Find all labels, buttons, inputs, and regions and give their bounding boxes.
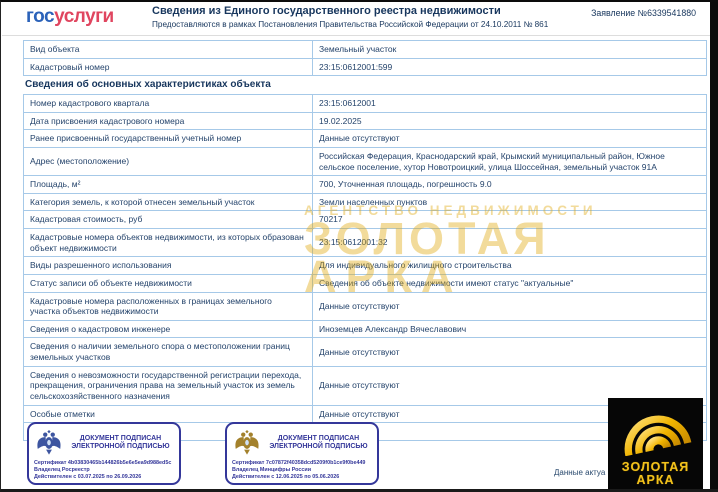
stamp-details: Сертификат 7c07872f40358dcd5209f0b1ce9f0… xyxy=(232,460,372,481)
row-value: 23:15:0612001 xyxy=(312,95,706,112)
table-row: Площадь, м²700, Уточненная площадь, погр… xyxy=(24,176,706,194)
gosuslugi-logo: госуслуги xyxy=(26,6,114,28)
row-label: Площадь, м² xyxy=(24,176,312,193)
title-block: Сведения из Единого государственного рее… xyxy=(152,5,567,29)
table-row: Адрес (местоположение)Российская Федерац… xyxy=(24,148,706,176)
row-label: Виды разрешенного использования xyxy=(24,257,312,274)
row-label: Категория земель, к которой отнесен земе… xyxy=(24,194,312,211)
table-row: Дата присвоения кадастрового номера19.02… xyxy=(24,113,706,131)
characteristics-table: Номер кадастрового квартала23:15:0612001… xyxy=(23,94,707,441)
stamp-top: ДОКУМЕНТ ПОДПИСАН ЭЛЕКТРОННОЙ ПОДПИСЬЮ xyxy=(232,428,372,458)
row-value: Земли населенных пунктов xyxy=(312,194,706,211)
row-label: Кадастровый номер xyxy=(24,59,312,76)
row-value: 700, Уточненная площадь, погрешность 9.0 xyxy=(312,176,706,193)
stamp-owner: Владелец Росреестр xyxy=(34,467,174,474)
footer-note: Данные актуа xyxy=(554,468,605,477)
row-label: Особые отметки xyxy=(24,406,312,423)
document-page: госуслуги Сведения из Единого государств… xyxy=(0,0,718,492)
table-row: Сведения о наличии земельного спора о ме… xyxy=(24,338,706,366)
row-label: Номер кадастрового квартала xyxy=(24,95,312,112)
stamp-top: ДОКУМЕНТ ПОДПИСАН ЭЛЕКТРОННОЙ ПОДПИСЬЮ xyxy=(34,428,174,458)
header: госуслуги Сведения из Единого государств… xyxy=(2,2,710,36)
row-label: Ранее присвоенный государственный учетны… xyxy=(24,130,312,147)
table-row: Ранее присвоенный государственный учетны… xyxy=(24,130,706,148)
row-value: Для индивидуального жилищного строительс… xyxy=(312,257,706,274)
row-label: Вид объекта xyxy=(24,41,312,58)
row-value: Земельный участок xyxy=(312,41,706,58)
table-row: Кадастровый номер23:15:0612001:599 xyxy=(24,59,706,77)
table-row: Номер кадастрового квартала23:15:0612001 xyxy=(24,95,706,113)
row-label: Дата присвоения кадастрового номера xyxy=(24,113,312,130)
section-title: Сведения об основных характеристиках объ… xyxy=(25,79,271,90)
stamp-validity: Действителен с 03.07.2025 по 26.09.2026 xyxy=(34,474,174,481)
table-row: Особые отметкиДанные отсутствуют xyxy=(24,406,706,424)
row-label: Сведения о наличии земельного спора о ме… xyxy=(24,338,312,365)
signature-stamp: ДОКУМЕНТ ПОДПИСАН ЭЛЕКТРОННОЙ ПОДПИСЬЮ С… xyxy=(225,422,379,485)
arch-logo-word2: АРКА xyxy=(608,474,703,487)
row-value: Данные отсутствуют xyxy=(312,130,706,147)
table-row: Категория земель, к которой отнесен земе… xyxy=(24,194,706,212)
row-label: Адрес (местоположение) xyxy=(24,148,312,175)
logo-part2: услуги xyxy=(54,6,114,27)
stamp-certificate: Сертификат 7c07872f40358dcd5209f0b1ce9f0… xyxy=(232,460,372,467)
stamp-title: ДОКУМЕНТ ПОДПИСАН ЭЛЕКТРОННОЙ ПОДПИСЬЮ xyxy=(265,435,372,452)
table-row: Сведения о кадастровом инженереИноземцев… xyxy=(24,321,706,339)
stamp-certificate: Сертификат 4b03830465b144826b5e6e5ea9d98… xyxy=(34,460,174,467)
table-row: Виды разрешенного использованияДля индив… xyxy=(24,257,706,275)
screenshot-right-edge xyxy=(710,2,718,489)
row-label: Сведения о кадастровом инженере xyxy=(24,321,312,338)
signature-stamp: ДОКУМЕНТ ПОДПИСАН ЭЛЕКТРОННОЙ ПОДПИСЬЮ С… xyxy=(27,422,181,485)
golden-arch-logo: ЗОЛОТАЯ АРКА xyxy=(608,398,703,492)
row-label: Статус записи об объекте недвижимости xyxy=(24,275,312,292)
object-table: Вид объектаЗемельный участокКадастровый … xyxy=(23,40,707,76)
stamp-validity: Действителен с 12.06.2025 по 05.06.2026 xyxy=(232,474,372,481)
eagle-emblem-icon xyxy=(34,428,64,458)
row-value: Данные отсутствуют xyxy=(312,293,706,320)
document-subtitle: Предоставляются в рамках Постановления П… xyxy=(152,20,567,29)
table-row: Сведения о невозможности государственной… xyxy=(24,367,706,406)
table-row: Вид объектаЗемельный участок xyxy=(24,41,706,59)
row-value: Сведения об объекте недвижимости имеют с… xyxy=(312,275,706,292)
stamp-title: ДОКУМЕНТ ПОДПИСАН ЭЛЕКТРОННОЙ ПОДПИСЬЮ xyxy=(67,435,174,452)
stamp-owner: Владелец Минцифры России xyxy=(232,467,372,474)
document-title: Сведения из Единого государственного рее… xyxy=(152,5,567,17)
stamp-details: Сертификат 4b03830465b144826b5e6e5ea9d98… xyxy=(34,460,174,481)
row-value: Российская Федерация, Краснодарский край… xyxy=(312,148,706,175)
row-label: Кадастровая стоимость, руб xyxy=(24,211,312,228)
row-label: Кадастровые номера расположенных в грани… xyxy=(24,293,312,320)
application-number: Заявление №6339541880 xyxy=(591,8,696,18)
row-value: Иноземцев Александр Вячеславович xyxy=(312,321,706,338)
row-value: 19.02.2025 xyxy=(312,113,706,130)
row-label: Кадастровые номера объектов недвижимости… xyxy=(24,229,312,256)
logo-part1: гос xyxy=(26,6,54,27)
table-row: Кадастровые номера расположенных в грани… xyxy=(24,293,706,321)
eagle-emblem-icon xyxy=(232,428,262,458)
row-value: 23:15:0612001:599 xyxy=(312,59,706,76)
row-value: 23:15:0612001:32 xyxy=(312,229,706,256)
row-label: Сведения о невозможности государственной… xyxy=(24,367,312,405)
table-row: Статус записи об объекте недвижимостиСве… xyxy=(24,275,706,293)
row-value: 70217 xyxy=(312,211,706,228)
row-value: Данные отсутствуют xyxy=(312,338,706,365)
table-row: Кадастровые номера объектов недвижимости… xyxy=(24,229,706,257)
table-row: Кадастровая стоимость, руб70217 xyxy=(24,211,706,229)
arch-icon xyxy=(614,404,698,456)
